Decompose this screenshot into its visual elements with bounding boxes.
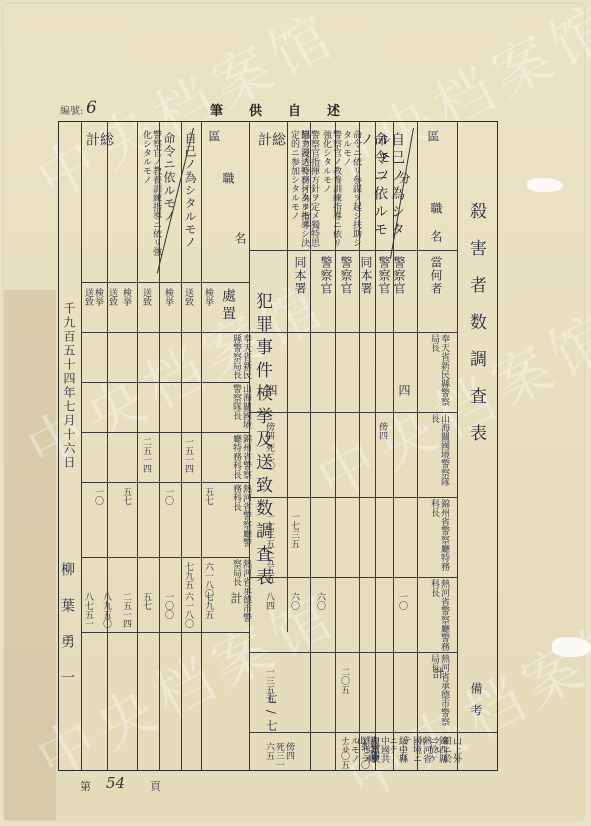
occupation-cell: 警察官 [377, 256, 391, 295]
column-header: 検挙 [163, 288, 173, 306]
value-cell: 二五一四 [121, 592, 131, 628]
occupation-cell: 同本署 [293, 256, 307, 295]
value-cell: 五七 [203, 487, 213, 505]
side-label: 奉天省新民縣警察局長 [429, 334, 449, 412]
disposition-header: 處置 [221, 288, 235, 324]
value-cell: 八九五〇 [101, 592, 111, 628]
rule [81, 482, 249, 483]
side-label: 熱河省承德市警察局長 [429, 654, 449, 730]
rule [249, 577, 457, 578]
remark: 綏中縣ニテ [387, 736, 407, 770]
value-cell: 一〇 [163, 487, 173, 505]
serial-label: 編號: [60, 102, 83, 117]
rule [81, 282, 249, 283]
column-header: 検挙 [121, 288, 131, 306]
side-label: 錦州省警察廳特務科長 [429, 499, 449, 577]
value-cell: 傍四 [377, 422, 387, 440]
tape-strip [4, 290, 56, 820]
corner-header-right: 職 [221, 172, 235, 185]
upper-table-title: 殺害者数調査表 [469, 202, 483, 642]
corner-header-top: 區 [426, 130, 440, 143]
corner-header-right: 職 [429, 202, 443, 215]
rule [201, 122, 202, 770]
value-cell: 二五一四 [141, 437, 151, 473]
value-cell: 一七三五 [289, 512, 299, 548]
paper-damage [552, 637, 591, 657]
page-prefix: 第 [80, 780, 91, 793]
date-text: 千九百五十四年七月十六日 [62, 302, 76, 542]
value-cell: 八七五一 [83, 592, 93, 628]
side-label: 熱河省警察廳警務科長 [231, 484, 251, 554]
rule [417, 122, 418, 770]
value-cell: 六一八〇 [183, 592, 193, 628]
page-number: 54 [106, 774, 125, 792]
value-cell: 五七 [141, 592, 151, 610]
value-cell: 六〇 [315, 592, 325, 610]
rule [457, 122, 458, 770]
value-cell: 五七 [121, 487, 131, 505]
rule [249, 332, 457, 333]
remarks-header: 備考 [469, 682, 483, 726]
total-label: 計 [229, 592, 243, 605]
column-header: 総計 [257, 132, 285, 252]
occupation-cell: 警察官 [339, 256, 353, 295]
rule [81, 557, 249, 558]
side-label: 山海關國境警察隊長 [429, 414, 449, 494]
rule [287, 122, 288, 632]
rule [249, 412, 457, 413]
side-label: 奉天省新民縣警察局長 [231, 334, 251, 382]
rule [249, 497, 457, 498]
rule [137, 122, 138, 770]
occupation-cell: 同本署 [359, 256, 373, 295]
value-cell: 四 [397, 384, 411, 397]
occupation-cell: 警察官 [319, 256, 333, 295]
signature: 柳葉勇一 [60, 562, 74, 762]
rule [181, 122, 182, 770]
corner-header-bottom: 名 [429, 230, 443, 243]
value-cell: 二〇五 [339, 667, 349, 694]
document-header: 編號: 6 筆供自述 [60, 100, 520, 120]
rule [81, 432, 249, 433]
row-header: 自己ノ為シタルモノ [183, 132, 197, 252]
page-footer: 第 54 頁 [80, 778, 91, 794]
column-header: 送致 [183, 288, 193, 306]
corner-header-top: 區 [207, 130, 221, 143]
rule [249, 732, 497, 733]
value-cell: 傍四 死三一六五 [264, 742, 294, 770]
value-cell: 一〇 [93, 487, 103, 505]
corner-header-bottom: 名 [233, 232, 247, 245]
serial-value: 6 [86, 98, 97, 118]
paper-damage [527, 178, 563, 192]
side-label: 山海關國境警察隊長 [231, 384, 251, 432]
column-header: 検挙 [203, 288, 213, 306]
column-header: 送致 [107, 288, 117, 306]
page-suffix: 頁 [150, 778, 161, 794]
column-header: 命令ニ依ルモノ [359, 132, 387, 252]
column-header: 送致 [141, 288, 151, 306]
remark: 中ニ検挙セラルモノナリ [339, 736, 379, 770]
value-cell: 一五一四 [183, 437, 193, 473]
rule [81, 332, 249, 333]
total-label: 計 [431, 667, 445, 680]
value-cell: 七九五 [183, 562, 193, 589]
side-label: 錦州省警察廳特務科長 [231, 434, 251, 482]
rule [81, 382, 249, 383]
side-label: 熱河省警察廳警務科長 [429, 579, 449, 651]
document-title: 筆供自述 [210, 100, 366, 119]
rule [81, 122, 82, 770]
lower-table-title: 犯罪事件検挙及送致数調査表 [255, 292, 269, 712]
row-header: 総計 [85, 132, 113, 252]
victims-header: 當何者 [429, 256, 443, 295]
row-header: 警察官ノ教養訓練指導ニ依リ強化シタルモノ [141, 130, 161, 260]
column-header: 送致 [83, 288, 93, 306]
value-cell: 六〇 [289, 592, 299, 610]
column-header: 命令ニ依リ參謀ヲ起シ扶助シタルモノ [341, 130, 361, 250]
value-cell: 七九五 [203, 592, 213, 619]
column-header: 協力者ノ特務行為ヲ指導シ決定的ニ参加シタルモノ [289, 130, 309, 250]
rule [249, 652, 457, 653]
survey-table: 區 分 職 名 自己ノ為シタルモノ 命令ニ依ルモノ 命令ニ依リ參謀ヲ起シ扶助シタ… [58, 121, 498, 771]
value-cell: 一〇〇 [163, 592, 173, 619]
column-header: 検挙 [93, 288, 103, 306]
row-header: 命令ニ依ルモノ [162, 132, 176, 252]
rule [81, 632, 249, 633]
column-header: 警察官ノ教養訓練指導ニ依リ強化シタルモノ [321, 130, 341, 250]
value-cell: 一〇 [397, 592, 407, 610]
occupation-cell: 警察官 [392, 256, 406, 295]
